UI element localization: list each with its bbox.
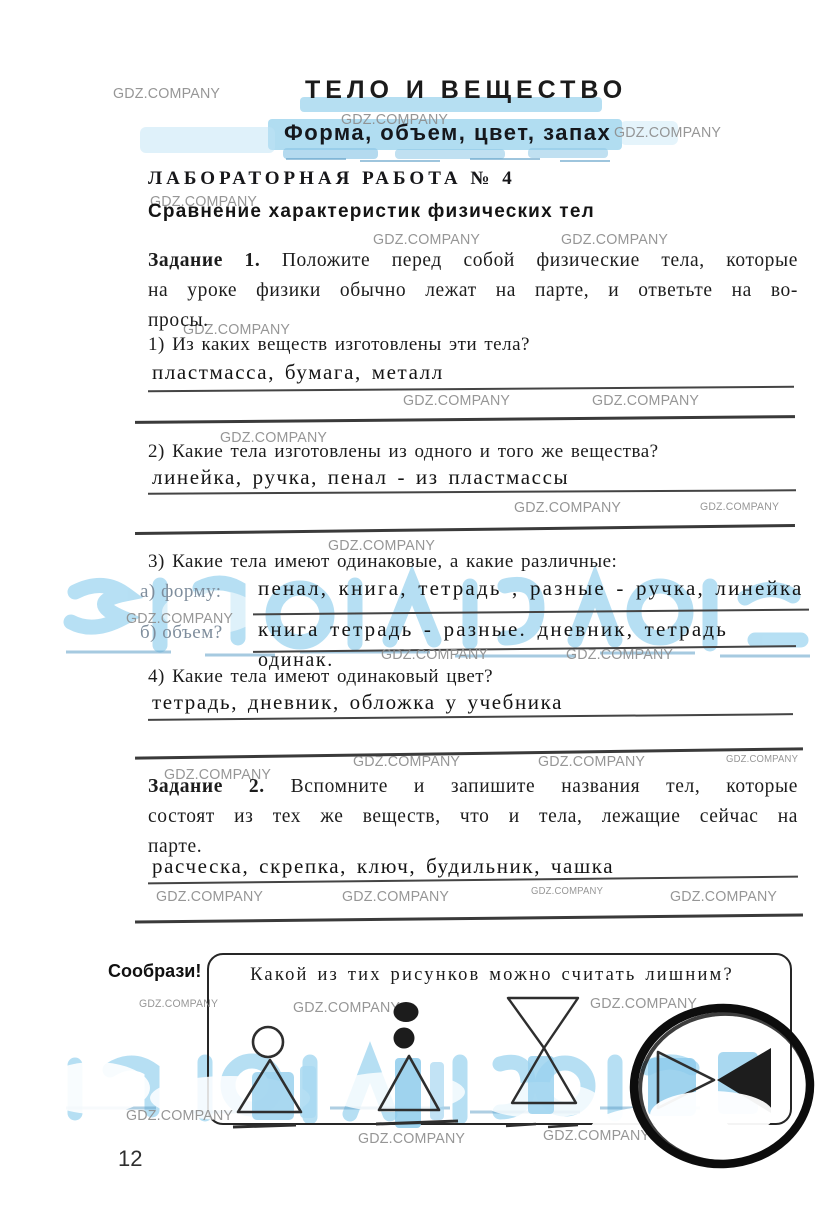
question-3: 3) Какие тела имеют одинаковые, а какие … — [148, 551, 617, 573]
gdz-watermark: GDZ.COMPANY — [670, 888, 777, 905]
gdz-watermark: GDZ.COMPANY — [566, 646, 673, 663]
page-number: 12 — [118, 1146, 142, 1172]
lab-work-title: ЛАБОРАТОРНАЯ РАБОТА № 4 — [148, 168, 516, 190]
puzzle-label: Сообрази! — [108, 961, 201, 982]
gdz-watermark: GDZ.COMPANY — [726, 754, 798, 765]
gdz-watermark: GDZ.COMPANY — [531, 886, 603, 897]
answer-3b: книга тетрадь - разные. дневник, тетрадь — [258, 617, 728, 642]
question-3b-label: б) объем? — [140, 622, 223, 644]
answer-3a: пенал, книга, тетрадь , разные - ручка, … — [258, 576, 804, 601]
gdz-watermark: GDZ.COMPANY — [700, 501, 779, 513]
task1-intro: Задание 1. Положите перед собой физическ… — [148, 246, 798, 336]
gdz-watermark: GDZ.COMPANY — [543, 1127, 650, 1144]
workbook-page: ТЕЛО И ВЕЩЕСТВО Форма, объем, цвет, запа… — [0, 0, 827, 1226]
gdz-watermark: GDZ.COMPANY — [342, 888, 449, 905]
page-title: ТЕЛО И ВЕЩЕСТВО — [305, 76, 605, 105]
gdz-watermark: GDZ.COMPANY — [126, 1107, 233, 1124]
gdz-watermark: GDZ.COMPANY — [156, 888, 263, 905]
answer-4: тетрадь, дневник, обложка у учебника — [152, 690, 563, 715]
gdz-watermark: GDZ.COMPANY — [381, 646, 488, 663]
gdz-watermark: GDZ.COMPANY — [403, 392, 510, 409]
question-1: 1) Из каких веществ изготовлены эти тела… — [148, 334, 530, 356]
gdz-watermark: GDZ.COMPANY — [353, 753, 460, 770]
gdz-watermark: GDZ.COMPANY — [614, 124, 721, 141]
question-2: 2) Какие тела изготовлены из одного и то… — [148, 441, 659, 463]
section-subtitle: Форма, объем, цвет, запах — [284, 120, 611, 146]
task2-label: Задание 2. — [148, 776, 265, 797]
gdz-watermark: GDZ.COMPANY — [514, 499, 621, 516]
answer-1: пластмасса, бумага, металл — [152, 360, 444, 385]
lab-work-subtitle: Сравнение характеристик физических тел — [148, 201, 595, 223]
question-4: 4) Какие тела имеют одинаковый цвет? — [148, 666, 493, 688]
gdz-watermark: GDZ.COMPANY — [293, 999, 400, 1016]
task2-intro: Задание 2. Вспомните и запишите названия… — [148, 772, 798, 862]
answer-task2: расческа, скрепка, ключ, будильник, чашк… — [152, 854, 614, 879]
gdz-watermark: GDZ.COMPANY — [590, 995, 697, 1012]
question-3a-label: а) форму: — [140, 581, 222, 603]
gdz-watermark: GDZ.COMPANY — [538, 753, 645, 770]
gdz-watermark: GDZ.COMPANY — [358, 1130, 465, 1147]
task1-label: Задание 1. — [148, 250, 260, 271]
gdz-watermark: GDZ.COMPANY — [592, 392, 699, 409]
gdz-watermark: GDZ.COMPANY — [113, 85, 220, 102]
answer-2: линейка, ручка, пенал - из пластмассы — [152, 465, 569, 490]
gdz-watermark: GDZ.COMPANY — [139, 998, 218, 1010]
puzzle-question: Какой из тих рисунков можно считать лишн… — [236, 965, 748, 986]
